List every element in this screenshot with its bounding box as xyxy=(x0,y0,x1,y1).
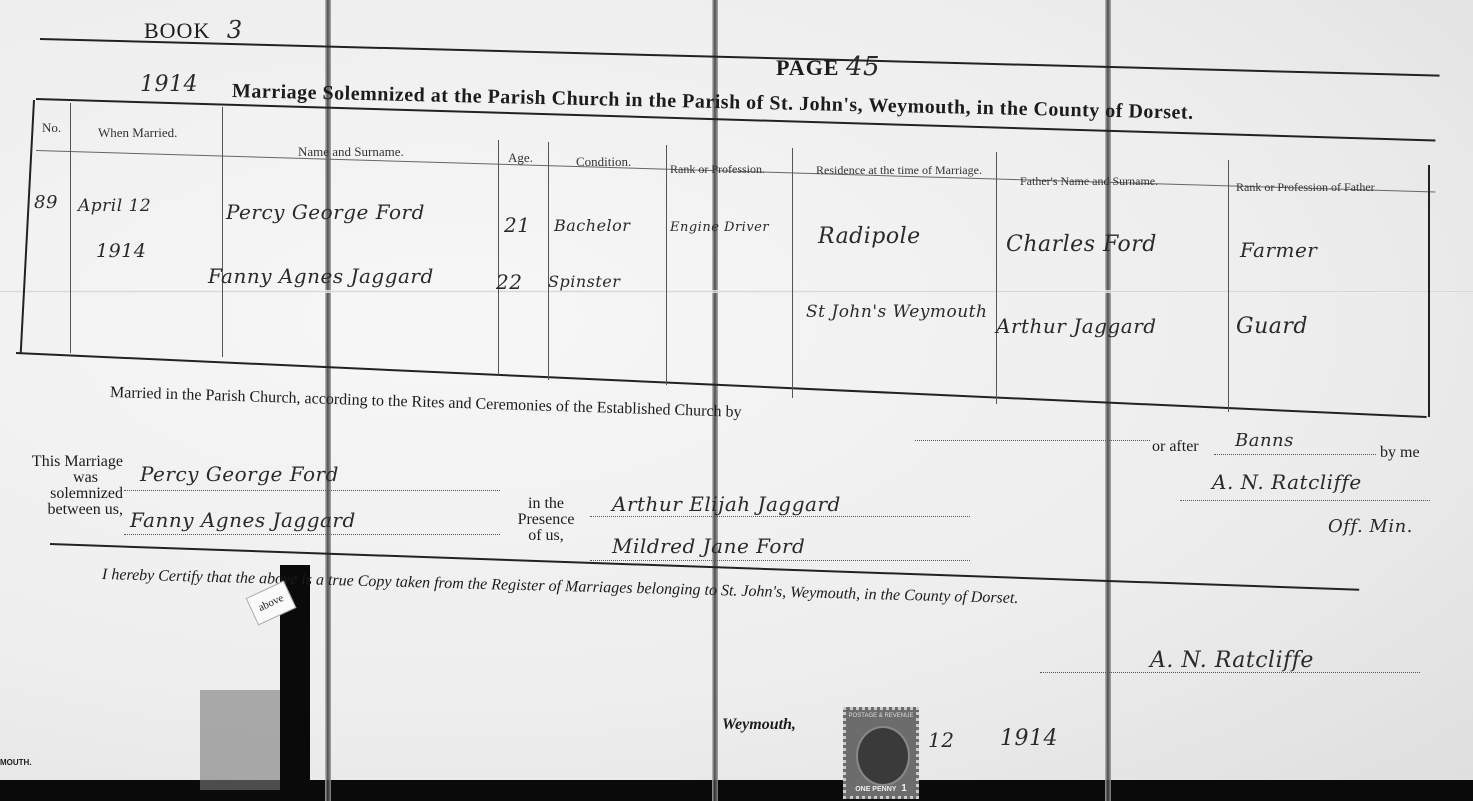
witness-dotted-line xyxy=(590,516,970,517)
or-after-dotted-line xyxy=(1214,454,1376,455)
or-after-value: Banns xyxy=(1235,430,1294,451)
groom-father-profession: Farmer xyxy=(1240,238,1317,262)
solemnized-label-line: This Marriage xyxy=(8,454,123,470)
bride-name: Fanny Agnes Jaggard xyxy=(208,264,434,288)
by-me-label: by me xyxy=(1380,444,1420,462)
groom-father-name: Charles Ford xyxy=(1006,232,1157,257)
fold-line xyxy=(0,290,1473,293)
groom-residence: Radipole xyxy=(818,224,921,249)
column-divider xyxy=(222,107,223,357)
book-number: 3 xyxy=(227,16,243,44)
page-label-text: PAGE xyxy=(776,55,839,80)
column-header-condition: Condition. xyxy=(576,154,631,170)
stamp-denomination: 1 xyxy=(901,783,907,794)
presence-label-line: Presence xyxy=(510,512,582,528)
page-number: 45 xyxy=(846,52,880,82)
postage-stamp: POSTAGE & REVENUE ONE PENNY 1 xyxy=(843,707,919,799)
party-bride-signature: Fanny Agnes Jaggard xyxy=(130,508,356,532)
witness-signature: Arthur Elijah Jaggard xyxy=(612,492,841,516)
column-divider xyxy=(996,152,997,404)
certifier-signature: A. N. Ratcliffe xyxy=(1150,648,1314,673)
groom-profession: Engine Driver xyxy=(670,220,769,235)
stamp-value-label: ONE PENNY xyxy=(855,786,896,793)
witness-signature: Mildred Jane Ford xyxy=(612,534,805,558)
bride-father-profession: Guard xyxy=(1236,314,1308,339)
certifier-dotted-line xyxy=(1040,672,1420,673)
presence-label-line: of us, xyxy=(510,528,582,544)
left-tear xyxy=(200,690,280,790)
stamp-top-text: POSTAGE & REVENUE xyxy=(846,713,916,719)
book-label-text: BOOK xyxy=(144,18,210,43)
column-divider xyxy=(1228,160,1229,412)
solemnized-label-line: solemnized xyxy=(8,486,123,502)
column-header-name: Name and Surname. xyxy=(298,144,404,160)
party-dotted-line xyxy=(124,490,500,491)
certificate-year: 1914 xyxy=(1000,726,1058,751)
column-header-father-name: Father's Name and Surname. xyxy=(1020,174,1158,189)
entry-number: 89 xyxy=(34,192,58,213)
party-groom-signature: Percy George Ford xyxy=(140,462,339,486)
bride-father-name: Arthur Jaggard xyxy=(996,314,1157,338)
or-after-label: or after xyxy=(1152,438,1199,456)
year-handwritten: 1914 xyxy=(140,72,198,97)
entry-date-year: 1914 xyxy=(96,240,146,262)
groom-name: Percy George Ford xyxy=(226,200,425,224)
presence-label-line: in the xyxy=(510,496,582,512)
column-divider xyxy=(792,148,793,398)
book-label: BOOK 3 xyxy=(144,16,243,44)
bride-age: 22 xyxy=(496,270,522,294)
column-header-no: No. xyxy=(42,120,61,136)
certificate-day: 12 xyxy=(928,728,954,752)
column-divider xyxy=(666,145,667,385)
rites-dotted-line xyxy=(915,440,1150,441)
printer-mark: MOUTH. xyxy=(0,758,32,767)
party-dotted-line xyxy=(124,534,500,535)
stamp-portrait-icon xyxy=(856,726,910,786)
officiant-title: Off. Min. xyxy=(1328,516,1413,537)
column-divider xyxy=(498,140,499,375)
table-right-border xyxy=(1428,165,1430,417)
bride-residence: St John's Weymouth xyxy=(806,302,987,322)
column-header-father-profession: Rank or Profession of Father xyxy=(1236,180,1375,195)
column-divider xyxy=(70,103,71,353)
column-header-residence: Residence at the time of Marriage. xyxy=(814,163,984,177)
column-header-age: Age. xyxy=(508,150,533,166)
place-label: Weymouth, xyxy=(722,716,796,734)
column-divider xyxy=(548,142,549,380)
stamp-value-text: ONE PENNY 1 xyxy=(846,783,916,794)
solemnized-label-line: was xyxy=(8,470,123,486)
column-header-when-married: When Married. xyxy=(98,125,177,141)
officiant-dotted-line xyxy=(1180,500,1430,501)
solemnized-label-line: between us, xyxy=(8,502,123,518)
groom-age: 21 xyxy=(504,213,530,237)
presence-label: in the Presence of us, xyxy=(510,496,582,544)
page-label: PAGE 45 xyxy=(776,52,880,82)
groom-condition: Bachelor xyxy=(554,216,630,235)
solemnized-label: This Marriage was solemnized between us, xyxy=(8,454,123,518)
witness-dotted-line xyxy=(590,560,970,561)
bride-condition: Spinster xyxy=(548,272,620,291)
column-header-profession: Rank or Profession. xyxy=(670,162,765,177)
entry-date: April 12 xyxy=(78,196,151,216)
officiant-signature: A. N. Ratcliffe xyxy=(1212,470,1362,494)
